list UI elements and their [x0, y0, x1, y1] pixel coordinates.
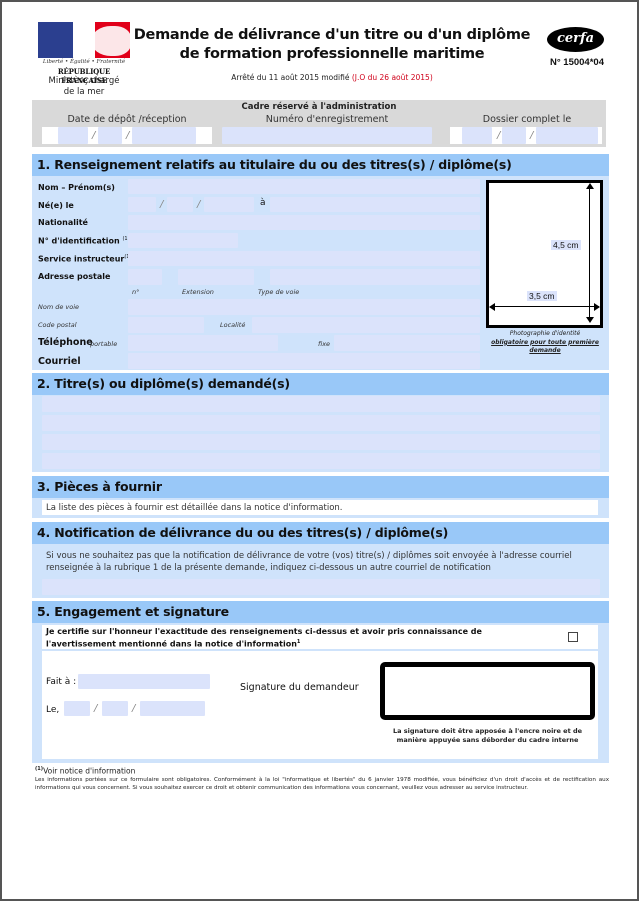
made-at-label: Fait à :	[46, 677, 76, 687]
form-page: Liberté • Égalité • Fraternité RÉPUBLIQU…	[0, 0, 639, 901]
slash: /	[94, 703, 97, 714]
service-input[interactable]	[128, 251, 480, 266]
slash: /	[92, 130, 95, 141]
registration-number-label: Numéro d'enregistrement	[222, 114, 432, 125]
certify-footnote-ref: 1	[297, 639, 300, 645]
birth-date-label: Né(e) le	[38, 201, 74, 210]
sign-day-input[interactable]	[64, 701, 90, 716]
birth-place-input[interactable]	[270, 197, 480, 212]
sign-month-input[interactable]	[102, 701, 128, 716]
cerfa-number: N° 15004*04	[532, 57, 622, 68]
arrow-right-icon	[594, 303, 600, 311]
date-label: Le,	[46, 705, 59, 715]
name-input[interactable]	[128, 179, 480, 194]
complete-date-label: Dossier complet le	[452, 114, 602, 125]
section3-text: La liste des pièces à fournir est détail…	[46, 502, 343, 514]
postal-code-input[interactable]	[128, 317, 204, 333]
title-line2: de formation professionnelle maritime	[132, 45, 532, 64]
diploma-input-2[interactable]	[42, 415, 600, 431]
section4-heading: 4. Notification de délivrance du ou des …	[32, 522, 609, 544]
slash: /	[132, 703, 135, 714]
footnote: (1)Voir notice d'information	[35, 766, 135, 776]
postal-code-label: Code postal	[38, 321, 77, 329]
photo-caption: Photographie d'identité obligatoire pour…	[484, 330, 606, 356]
fixed-label: fixe	[318, 340, 330, 348]
certify-statement: Je certifie sur l'honneur l'exactitude d…	[46, 627, 482, 649]
slash: /	[530, 130, 533, 141]
mobile-label: portable	[90, 340, 117, 348]
notification-email-input[interactable]	[42, 579, 600, 595]
email-input[interactable]	[128, 353, 480, 369]
cerfa-logo: cerfa	[547, 27, 604, 52]
deposit-day-input[interactable]	[58, 127, 88, 144]
nationality-label: Nationalité	[38, 218, 88, 227]
street-name-input[interactable]	[128, 299, 480, 315]
complete-year-input[interactable]	[536, 127, 598, 144]
title-line1: Demande de délivrance d'un titre ou d'un…	[132, 26, 532, 45]
photo-required-text: obligatoire pour toute première demande	[484, 339, 606, 356]
section4-text: Si vous ne souhaitez pas que la notifica…	[46, 550, 601, 574]
footnote-marker: (1)	[35, 766, 43, 772]
service-label: Service instructeur(1)	[38, 254, 131, 264]
ministry-line2: de la mer	[36, 87, 132, 98]
slash: /	[497, 130, 500, 141]
ministry-name: Ministère chargé de la mer	[36, 76, 132, 98]
admin-caption: Cadre réservé à l'administration	[32, 102, 606, 112]
decree-text: Arrêté du 11 août 2015 modifié	[231, 73, 352, 82]
street-type-input[interactable]	[270, 269, 480, 285]
city-input[interactable]	[252, 317, 480, 333]
height-arrow	[589, 185, 590, 321]
diploma-input-3[interactable]	[42, 434, 600, 450]
street-name-label: Nom de voie	[38, 303, 79, 311]
complete-month-input[interactable]	[502, 127, 526, 144]
marianne-logo	[38, 22, 130, 58]
address-label: Adresse postale	[38, 272, 110, 281]
certify-text: Je certifie sur l'honneur l'exactitude d…	[46, 626, 516, 650]
name-label: Nom – Prénom(s)	[38, 183, 115, 192]
sign-year-input[interactable]	[140, 701, 205, 716]
street-number-input[interactable]	[128, 269, 162, 285]
republic-motto: Liberté • Égalité • Fraternité	[38, 59, 130, 65]
privacy-notice: Les informations portées sur ce formulai…	[35, 776, 609, 792]
certify-checkbox[interactable]	[568, 632, 578, 642]
signature-label: Signature du demandeur	[240, 682, 359, 693]
deposit-date-label: Date de dépôt /réception	[42, 114, 212, 125]
extension-sublabel: Extension	[182, 288, 214, 296]
photo-height: 4,5 cm	[551, 240, 581, 250]
ministry-line1: Ministère chargé	[36, 76, 132, 87]
footnote-text: Voir notice d'information	[43, 767, 135, 776]
slash: /	[126, 130, 129, 141]
deposit-year-input[interactable]	[132, 127, 196, 144]
width-arrow	[491, 306, 599, 307]
slash: /	[160, 199, 163, 210]
id-label-text: N° d'identification	[38, 237, 120, 246]
section5-heading: 5. Engagement et signature	[32, 601, 609, 623]
service-label-text: Service instructeur	[38, 255, 124, 264]
registration-number-input[interactable]	[222, 127, 432, 144]
photo-caption-text: Photographie d'identité	[484, 330, 606, 339]
decree-reference: Arrêté du 11 août 2015 modifié (J.O du 2…	[132, 73, 532, 82]
section1-heading: 1. Renseignement relatifs au titulaire d…	[32, 154, 609, 176]
birth-year-input[interactable]	[204, 197, 254, 212]
fixed-phone-input[interactable]	[334, 335, 480, 351]
decree-jo: (J.O du 26 août 2015)	[352, 73, 433, 82]
signature-box[interactable]	[380, 662, 595, 720]
nationality-input[interactable]	[128, 215, 480, 230]
mobile-phone-input[interactable]	[128, 335, 278, 351]
street-type-sublabel: Type de voie	[258, 288, 299, 296]
section3-heading: 3. Pièces à fournir	[32, 476, 609, 498]
arrow-up-icon	[586, 183, 594, 189]
birth-day-input[interactable]	[128, 197, 156, 212]
deposit-month-input[interactable]	[98, 127, 122, 144]
photo-box[interactable]: 4,5 cm 3,5 cm	[486, 180, 603, 328]
email-label: Courriel	[38, 356, 81, 367]
slash: /	[197, 199, 200, 210]
city-label: Localité	[220, 321, 245, 329]
section2-heading: 2. Titre(s) ou diplôme(s) demandé(s)	[32, 373, 609, 395]
admin-box: Cadre réservé à l'administration Date de…	[32, 100, 606, 147]
number-sublabel: n°	[132, 288, 139, 296]
extension-input[interactable]	[178, 269, 254, 285]
arrow-left-icon	[489, 303, 495, 311]
page-title: Demande de délivrance d'un titre ou d'un…	[132, 26, 532, 64]
birth-place-at: à	[260, 198, 266, 208]
made-at-input[interactable]	[78, 674, 210, 689]
id-number-input[interactable]	[128, 233, 238, 248]
arrow-down-icon	[586, 317, 594, 323]
signature-caption: La signature doit être apposée à l'encre…	[380, 727, 595, 745]
complete-day-input[interactable]	[462, 127, 492, 144]
birth-month-input[interactable]	[167, 197, 193, 212]
id-number-label: N° d'identification (1)	[38, 236, 130, 246]
phone-label: Téléphone	[38, 337, 93, 348]
diploma-input-4[interactable]	[42, 453, 600, 469]
diploma-input-1[interactable]	[42, 396, 600, 412]
photo-width: 3,5 cm	[527, 291, 557, 301]
